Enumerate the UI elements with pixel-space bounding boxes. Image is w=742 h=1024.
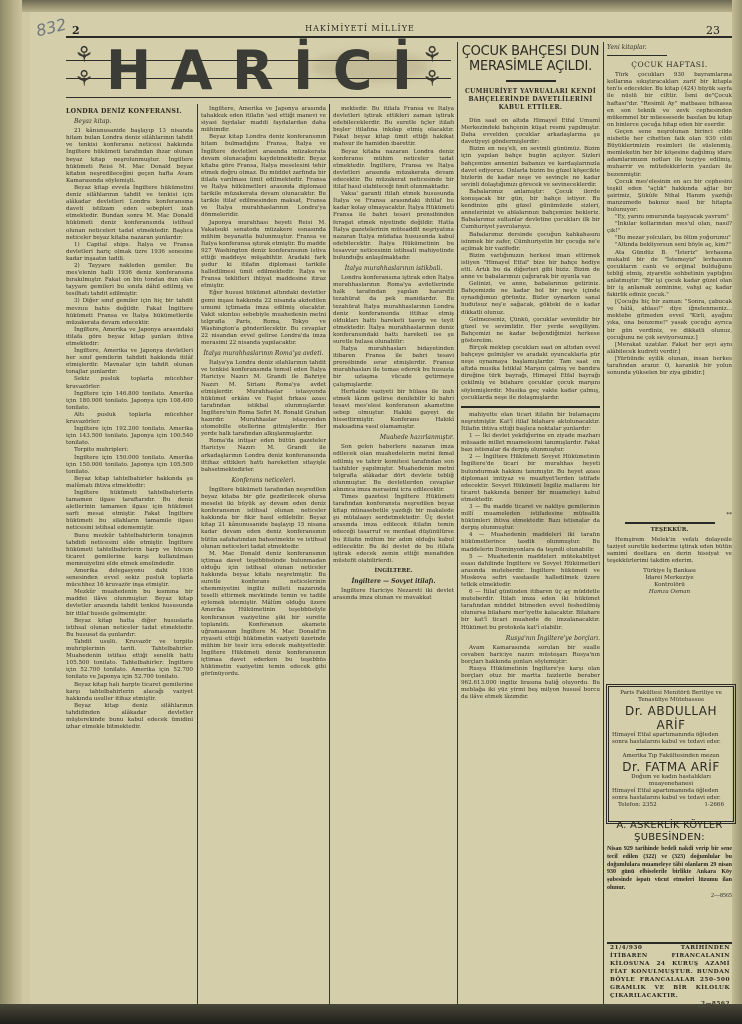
banner-letter: C bbox=[333, 44, 372, 98]
header-rule bbox=[66, 36, 732, 38]
column-rule bbox=[603, 42, 604, 1004]
paragraph: Altı pusluk toplarla mücehher kruvazörle… bbox=[66, 412, 193, 426]
paragraph: Bizim varlığımızın herkesi iman ettirmek… bbox=[461, 253, 600, 281]
paragraph: İngiltere için 146.800 tonilato. Amerika… bbox=[66, 391, 193, 412]
paragraph: Dün saat on altıda Himayeî Etfal Umumî M… bbox=[461, 118, 600, 146]
paragraph: 1 — İki devlet yekdiğerine en ziyade maz… bbox=[461, 433, 600, 454]
paragraph: Beyaz kitap evvela İngiltere hükümetini … bbox=[66, 185, 193, 242]
signature-line: İdarei Merkeziye bbox=[607, 575, 732, 582]
article-headline: ÇOCUK BAHÇESİ DÜN MERASİMLE AÇILDI. bbox=[461, 44, 600, 74]
article-continuation-col3: mektedir. Bu itilafa Fransa ve İtalya de… bbox=[333, 106, 454, 1004]
notice-francala-fiat: 21/4/930 TARİHİNDEN İTİBAREN FIRANCALANI… bbox=[610, 944, 730, 1008]
paragraph: 2 — İngiltere Hükümeti Sovyet Hükümetini… bbox=[461, 454, 600, 504]
paragraph: Hemşirem Melek'in vefatı dolayısile tazi… bbox=[607, 537, 732, 565]
paragraph: Gelmezseniz, Çünkü, çocuklar sevimlidir … bbox=[461, 317, 600, 345]
paragraph: Geçen sene neşrolunan birinci cilde nisb… bbox=[607, 129, 732, 179]
section-subtitle: İngiltere — Sovyet itilafı. bbox=[333, 578, 454, 585]
doctor-name: Dr. ABDULLAH ARİF bbox=[612, 704, 730, 732]
paragraph: Gelinizi, ve anne, babalarınızı getirini… bbox=[461, 281, 600, 316]
paragraph: Londra konferansına iştirak eden İtalya … bbox=[333, 275, 454, 346]
paragraph: İngiltere için 192.200 tonilato. Amerika… bbox=[66, 426, 193, 447]
scan-binding-edge bbox=[0, 0, 22, 1024]
paragraph: Tahdit usulü. Kruvazör ve torpito muhrip… bbox=[66, 639, 193, 682]
notice-body: 21/4/930 TARİHİNDEN İTİBAREN FIRANCALANI… bbox=[610, 944, 730, 1000]
paragraph: Beyaz kitap Londra deniz konferansının h… bbox=[201, 134, 326, 219]
paragraph: Ata Gündüz B. "İsteriz" levhasına mukabi… bbox=[607, 250, 732, 300]
paragraph: İngiltere için 150.000 tonilato. Amerika… bbox=[66, 455, 193, 476]
doctors-advertisement: Paris Fakültesi Menitörü Beriliye ve Ten… bbox=[606, 684, 736, 824]
article-kicker: Yeni kitaplar. bbox=[607, 44, 732, 51]
article-continuation-col2: İngiltere, Amerika ve Japonya arasında t… bbox=[201, 106, 326, 1004]
notice-tesekkur: ** TEŞEKKÜR. Hemşirem Melek'in vefatı do… bbox=[607, 512, 732, 632]
ad-specialty: Doğum ve kadın hastalıkları muayenehanes… bbox=[612, 774, 730, 788]
paragraph: İngiltere hükümeti tarafından neşredilen… bbox=[201, 487, 326, 551]
section-banner-harici: ⚘⚘ ⚘⚘ H A R İ C İ bbox=[66, 42, 451, 100]
paragraph: Babalarımız dersinde çocuğun kahkahasını… bbox=[461, 232, 600, 253]
banner-letter: İ bbox=[293, 44, 312, 98]
ad-body: Himayeî Etfal apartımanında öğleden sonr… bbox=[612, 732, 730, 746]
paragraph: Eğer hususi hükümet altındaki devletler … bbox=[201, 290, 326, 347]
headline-rule bbox=[506, 80, 556, 82]
ad-credentials: Amerika Tıp Fakültesinden mezun bbox=[612, 753, 730, 760]
paragraph: Bunu mezkûr tahtelbahirlerin tonajının t… bbox=[66, 533, 193, 568]
paragraph: Son gelen haberlere nazaran imza edilece… bbox=[333, 444, 454, 494]
tulip-ornament-icon: ⚘⚘ bbox=[416, 44, 448, 96]
paragraph: Mezkûr muahedenin bu kısmına bir maddei … bbox=[66, 589, 193, 617]
paragraph: Roma'da intişar eden bütün gazeteler Har… bbox=[201, 438, 326, 473]
paragraph: 6 — İtilaf gününden itibaren üç ay müdde… bbox=[461, 589, 600, 632]
stars-separator: ** bbox=[607, 512, 732, 519]
column-rule bbox=[197, 104, 198, 1004]
doctor-name: Dr. FATMA ARİF bbox=[612, 760, 730, 774]
article-title: LONDRA DENİZ KONFERANSI. bbox=[66, 108, 193, 115]
paragraph: Beyaz kitaba nazaran Londra deniz konfer… bbox=[333, 149, 454, 192]
paragraph: Türk çocukları 930 bayramlarına kolların… bbox=[607, 72, 732, 129]
paragraph: Japonya murahhası heyeti Reisi M. Vakats… bbox=[201, 220, 326, 291]
section-subtitle: Konferans neticeleri. bbox=[201, 477, 326, 484]
paragraph: Amerika delegasyonu dahi 1936 senesinden… bbox=[66, 568, 193, 589]
section-subtitle: Muahede hazırlanmıştır. bbox=[333, 434, 454, 441]
paragraph: İngiltere Hariciye Nezareti iki devlet a… bbox=[333, 588, 454, 602]
verse-line: "Altında bekliyorsun seni böyle aç, kim?… bbox=[607, 242, 732, 249]
article-subtitle: Beyaz kitap. bbox=[66, 118, 193, 125]
ad-code: 1-2666 bbox=[704, 802, 724, 809]
paragraph: Beyaz kitap deniz silâhlarının tahdidind… bbox=[66, 703, 193, 731]
tulip-ornament-icon: ⚘⚘ bbox=[68, 44, 100, 96]
paragraph: 4 — Muahedenin maddeleri iki tarafın hük… bbox=[461, 532, 600, 553]
scan-top-edge bbox=[0, 0, 742, 12]
paragraph: Beyaz kitap hatta diğer hususlarla istih… bbox=[66, 618, 193, 639]
paragraph: Çocuk mes'elesinin en acı bir cephesini … bbox=[607, 179, 732, 214]
paragraph: Sekiz pusluk toplarla mücehher kruvazörl… bbox=[66, 376, 193, 390]
verse-line: "İnkılar kollarından mes'ul olan, nasıl?… bbox=[607, 221, 732, 235]
paragraph: [Merakat uzatılar. Fakat her şeyi aynı a… bbox=[607, 342, 732, 356]
paragraph: Avam Kamarasında sorulan bir sualle ceva… bbox=[461, 645, 600, 666]
paragraph: İtalya'ya Londra deniz silahlarının tahd… bbox=[201, 360, 326, 438]
paragraph: Torpito muhripleri: bbox=[66, 447, 193, 454]
signature-name: Hamza Osman bbox=[607, 589, 732, 596]
notice-code: 2—8565 bbox=[607, 893, 732, 899]
column-rule bbox=[329, 104, 330, 1004]
column-rule bbox=[457, 42, 458, 1004]
notice-body: Nisan 929 tarihinde bedeli nakdi verip b… bbox=[607, 846, 732, 893]
scanned-page: 832 2 HAKİMİYETİ MİLLİYE 23 ⚘⚘ ⚘⚘ H A R … bbox=[0, 0, 742, 1024]
running-head: HAKİMİYETİ MİLLİYE bbox=[240, 24, 480, 33]
paragraph: Vakıa' garanti itilafı etmek hususunda İ… bbox=[333, 191, 454, 262]
article-londra-konferansi: LONDRA DENİZ KONFERANSI. Beyaz kitap. 21… bbox=[66, 106, 193, 1004]
paragraph: M. Mac Donald deniz konferansının içtima… bbox=[201, 551, 326, 679]
section-heading: İNGİLTERE. bbox=[333, 568, 454, 575]
scan-right-edge bbox=[732, 0, 742, 1024]
banner-letter: A bbox=[171, 44, 212, 98]
paragraph: mahiyette olan ticari itilafın bir bulam… bbox=[461, 412, 600, 433]
paragraph: Birçok mektep çocukları saat on altıdan … bbox=[461, 345, 600, 402]
signature-line: Kontrolörü bbox=[607, 582, 732, 589]
ad-body: Himayeî Etfal apartımanında öğleden sonr… bbox=[612, 788, 730, 802]
paragraph: [Yürüünde eyilik olunan, insan herkes ta… bbox=[607, 356, 732, 377]
paragraph: İngiltere, Amerika ve Japonya arasında t… bbox=[201, 106, 326, 134]
ad-phone: Telefon: 2352 bbox=[618, 802, 657, 809]
article-cocuk-haftasi: Yeni kitaplar. ÇOCUK HAFTASI. Türk çocuk… bbox=[607, 44, 732, 514]
paragraph: 5 — Muahedenin maddeleri mütekabiliyet e… bbox=[461, 554, 600, 589]
banner-letter: İ bbox=[392, 44, 411, 98]
paragraph: Beyaz kitap halı harpte ticaret gemileri… bbox=[66, 682, 193, 703]
kicker-rule bbox=[607, 55, 667, 56]
section-divider bbox=[461, 406, 600, 408]
banner-letter: R bbox=[232, 44, 273, 98]
paragraph: İngiltere hükümeti tahtelbahirlerin tama… bbox=[66, 490, 193, 533]
banner-title: H A R İ C İ bbox=[106, 42, 411, 98]
section-subtitle: Rusya'nın İngiltere'ye borçları. bbox=[461, 635, 600, 642]
ornament-rule bbox=[625, 522, 715, 524]
ad-divider bbox=[636, 749, 706, 750]
paragraph: 2) Tayyare nakleden gemiler. Bu mes'elen… bbox=[66, 263, 193, 298]
paragraph: Times gazetesi İngiltere Hükümeti tarafı… bbox=[333, 494, 454, 565]
signature-line: Türkiye İş Bankası bbox=[607, 568, 732, 575]
banner-letter: H bbox=[106, 44, 150, 98]
paragraph: Beyaz kitap tahtelbahirler hakkında şu m… bbox=[66, 476, 193, 490]
notice-title: A. ASKERLİK KÖYLER ŞUBESİNDEN: bbox=[607, 820, 732, 844]
paragraph: İngiltere, Amerika ve Japonya devletleri… bbox=[66, 348, 193, 376]
paragraph: [Çocuğu hiç bir zaman: "Sonra, çabucak v… bbox=[607, 299, 732, 342]
paragraph: Babalarımız anlamıştır: Çocuk ilerde kon… bbox=[461, 189, 600, 232]
scan-bottom-edge bbox=[0, 1004, 742, 1024]
paragraph: Rusya Hükümetinin İngiltere'ye karşı ola… bbox=[461, 666, 600, 701]
paragraph: Bizim en neş'eli, en sevimli günümüz. Bi… bbox=[461, 146, 600, 189]
paragraph: İngiltere, Amerika ve Japonya arasındaki… bbox=[66, 327, 193, 348]
notice-title: TEŞEKKÜR. bbox=[607, 527, 732, 534]
ad-credentials: Paris Fakültesi Menitörü Beriliye ve Ten… bbox=[612, 690, 730, 704]
section-subtitle: İtalya murahhaslarının Roma'ya avdeti. bbox=[201, 350, 326, 357]
article-deck: CUMHURİYET YAVRUALARI KENDİ BAHÇELERİNDE… bbox=[461, 88, 600, 112]
article-cocuk-bahcesi: ÇOCUK BAHÇESİ DÜN MERASİMLE AÇILDI. CUMH… bbox=[461, 44, 600, 1004]
article-title: ÇOCUK HAFTASI. bbox=[607, 61, 732, 68]
paragraph: 21 kânunusanide başlayıp 13 nisanda hita… bbox=[66, 128, 193, 185]
notice-askerlik: A. ASKERLİK KÖYLER ŞUBESİNDEN: Nisan 929… bbox=[607, 820, 732, 899]
paragraph: 1) Capital ships. İtalya ve Fransa devle… bbox=[66, 242, 193, 263]
paragraph: 3) Diğer sınıf gemiler için hiç bir tahd… bbox=[66, 298, 193, 326]
paragraph: Herhalde vaziyeti bir hülasa ile izah et… bbox=[333, 389, 454, 432]
verse-line: "Bu mezar yolcuları, bu ölüm yoğurumu" bbox=[607, 235, 732, 242]
paragraph: 3 — Bu madde ticaret ve nakliye gemileri… bbox=[461, 504, 600, 532]
section-subtitle: İtalya murahhaslarının istikbali. bbox=[333, 265, 454, 272]
paragraph: mektedir. Bu itilafa Fransa ve İtalya de… bbox=[333, 106, 454, 149]
paragraph: İtalya murahhasları bidayetinden itibare… bbox=[333, 346, 454, 389]
